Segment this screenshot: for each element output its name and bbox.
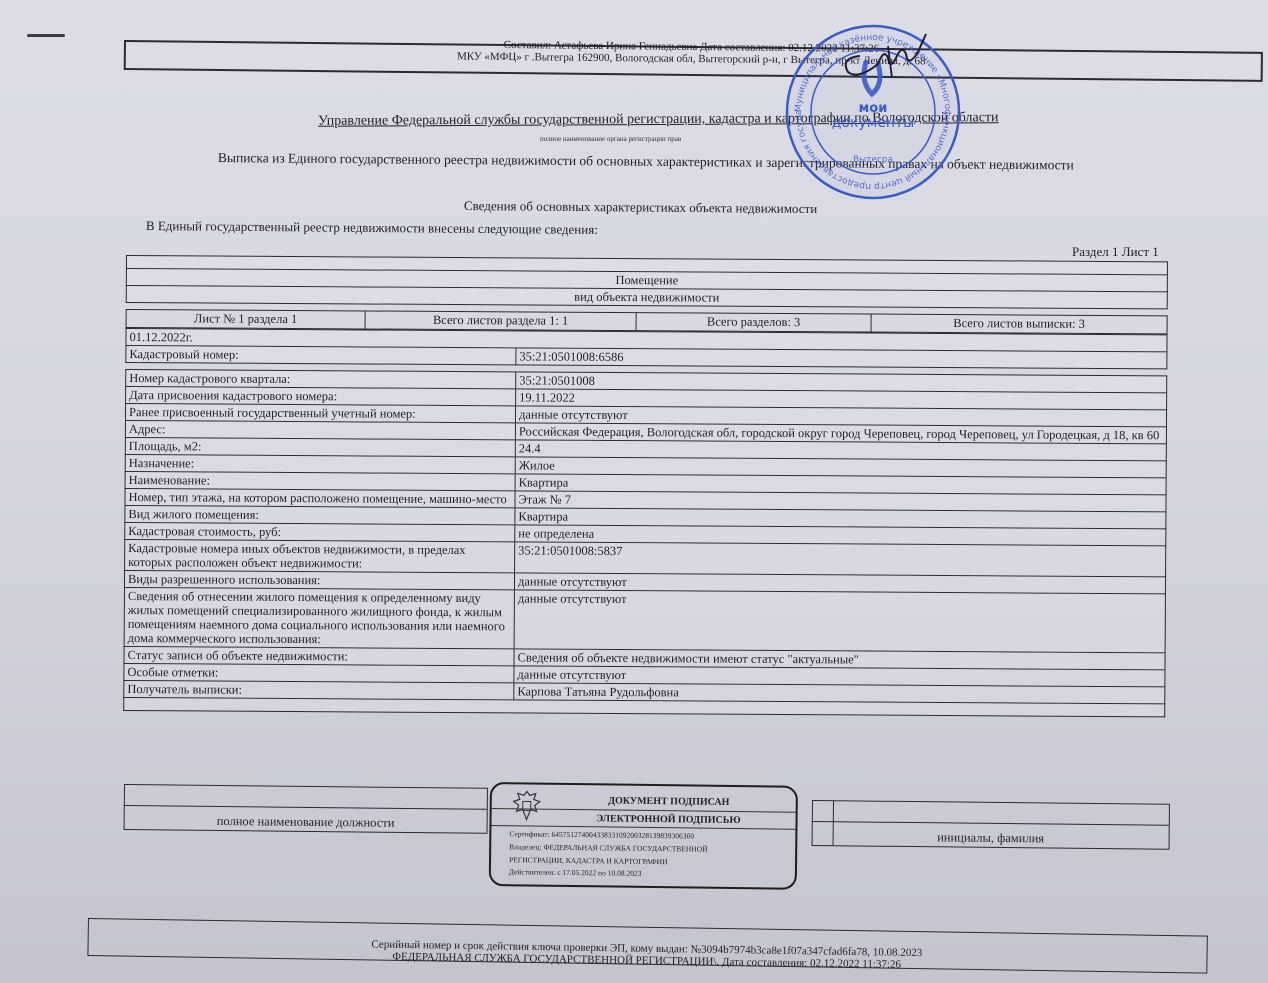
sheet-number: Лист № 1 раздела 1 [127, 310, 366, 328]
property-table: Помещение вид объекта недвижимости Лист … [123, 255, 1168, 717]
position-box: полное наименование должности [124, 784, 488, 834]
field-label: Кадастровая стоимость, руб: [125, 523, 515, 541]
pen-mark [27, 34, 65, 37]
field-label: Номер, тип этажа, на котором расположено… [125, 489, 515, 507]
intro-text: В Единый государственный реестр недвижим… [146, 218, 598, 238]
section-sheet-label: Раздел 1 Лист 1 [1072, 244, 1159, 260]
field-label: Сведения об отнесении жилого помещения к… [125, 588, 515, 648]
field-label: Адрес: [126, 421, 516, 439]
field-value: данные отсутствуют [515, 590, 1165, 652]
esig-title-2: ЭЛЕКТРОННОЙ ПОДПИСЬЮ [551, 813, 785, 827]
handwritten-signature [830, 28, 930, 88]
field-label: Ранее присвоенный государственный учетны… [126, 404, 516, 422]
total-sections: Всего разделов: 3 [637, 313, 872, 331]
field-label: Вид жилого помещения: [125, 506, 515, 524]
field-label: Дата присвоения кадастрового номера: [126, 387, 516, 405]
stamp-logo-line2: документы [832, 115, 915, 131]
cadastral-number-value: 35:21:0501008:6586 [516, 348, 1166, 368]
field-label: Статус записи об объекте недвижимости: [125, 647, 515, 665]
extract-date: 01.12.2022г. [126, 329, 195, 345]
field-label: Площадь, м2: [126, 438, 516, 456]
cadastral-number-label: Кадастровый номер: [126, 346, 516, 364]
field-label: Получатель выписки: [124, 681, 514, 699]
org-subtitle: полное наименование органа регистрации п… [540, 135, 681, 143]
field-label: Особые отметки: [124, 664, 514, 682]
total-sheets-section: Всего листов раздела 1: 1 [366, 311, 637, 330]
coat-of-arms-icon [511, 789, 541, 823]
esig-title-1: ДОКУМЕНТ ПОДПИСАН [552, 795, 786, 809]
field-label: Виды разрешенного использования: [125, 571, 515, 589]
field-label: Назначение: [126, 455, 516, 473]
field-row: Сведения об отнесении жилого помещения к… [124, 588, 1166, 653]
stamp-logo-line1: мои [859, 101, 888, 116]
stamp-inner-text: Вытегра [853, 155, 893, 165]
position-caption: полное наименование должности [125, 813, 487, 832]
certificate-number: Сертификат: 6457512740043383310920032813… [509, 829, 694, 840]
field-label: Номер кадастрового квартала: [126, 370, 516, 388]
section-title: Сведения об основных характеристиках объ… [464, 198, 817, 217]
owner-line-2: РЕГИСТРАЦИИ, КАДАСТРА И КАРТОГРАФИИ [509, 855, 668, 866]
owner-line-1: Владелец: ФЕДЕРАЛЬНАЯ СЛУЖБА ГОСУДАРСТВЕ… [509, 842, 707, 853]
field-value: 35:21:0501008:5837 [515, 542, 1165, 576]
field-label: Наименование: [126, 472, 516, 490]
field-label: Кадастровые номера иных объектов недвижи… [125, 540, 515, 572]
name-caption: инициалы, фамилия [813, 829, 1169, 848]
electronic-signature-stamp: ДОКУМЕНТ ПОДПИСАН ЭЛЕКТРОННОЙ ПОДПИСЬЮ С… [489, 782, 798, 890]
validity-period: Действителен: с 17.05.2022 по 10.08.2023 [509, 867, 642, 878]
name-box: инициалы, фамилия [812, 800, 1170, 850]
total-sheets-extract: Всего листов выписки: 3 [872, 315, 1167, 334]
